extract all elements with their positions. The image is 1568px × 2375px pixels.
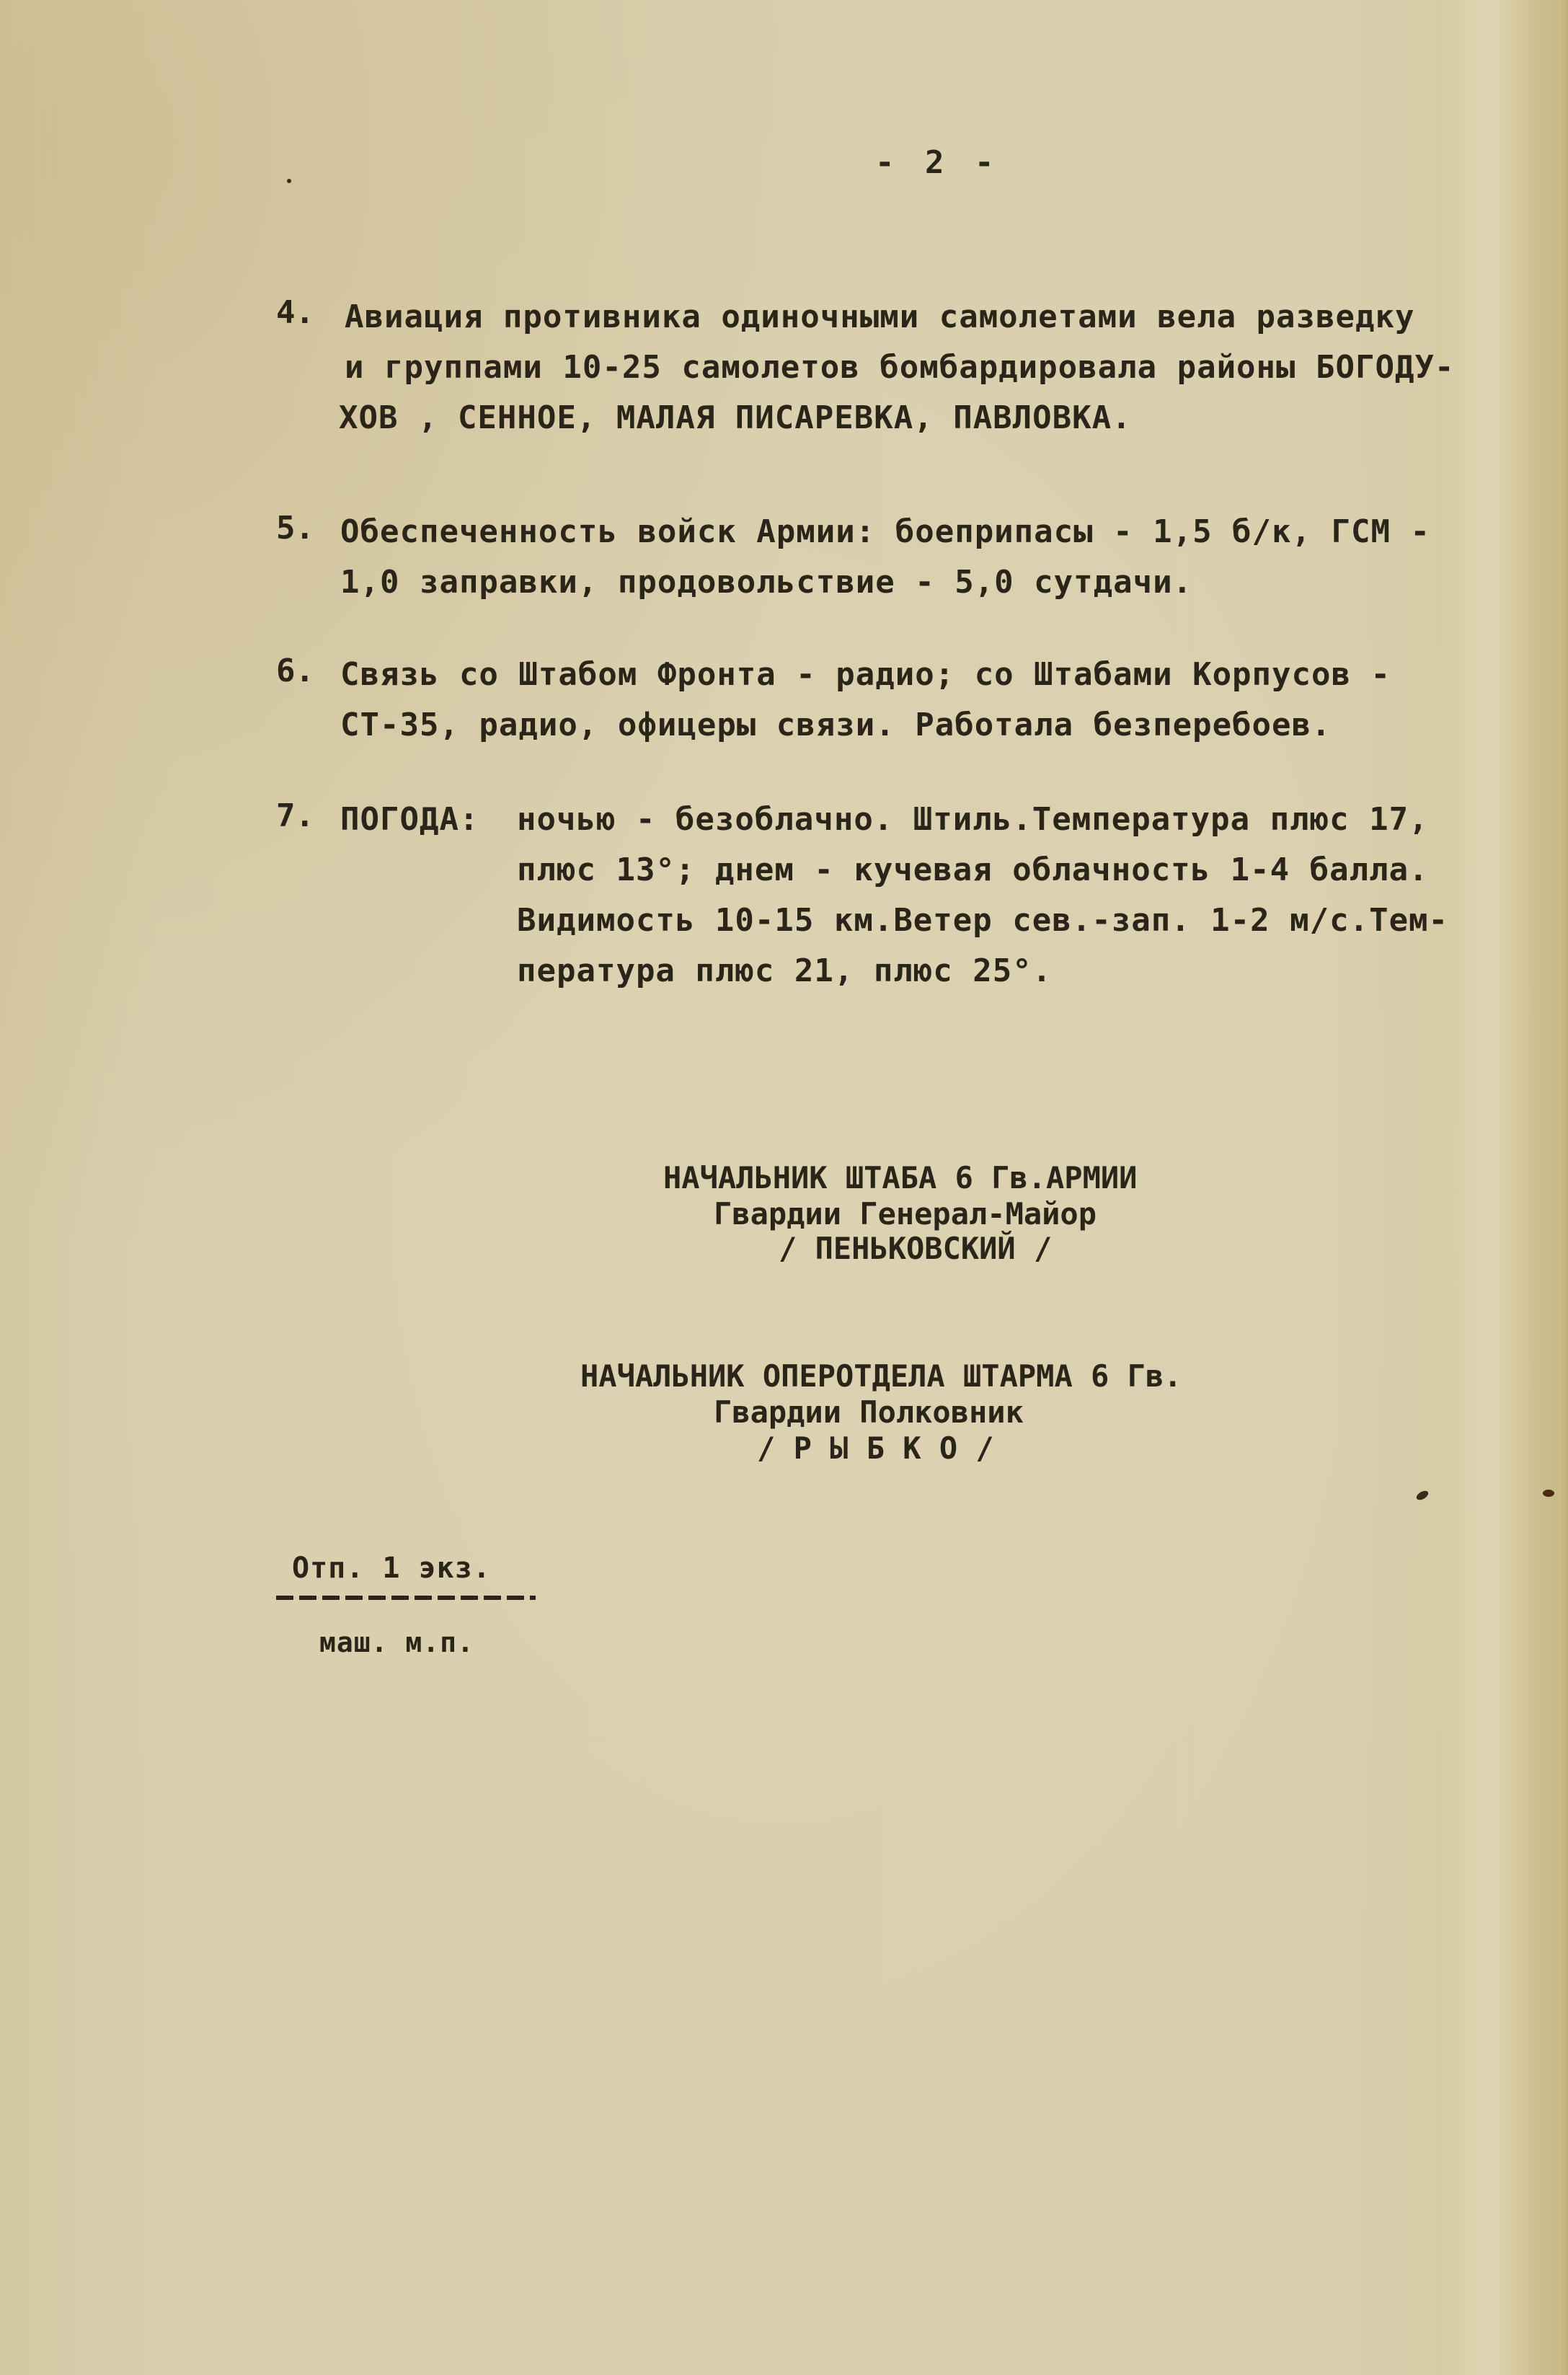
copies-note: Отп. 1 экз. [292, 1543, 491, 1593]
weather-label: ПОГОДА: [340, 795, 479, 845]
signature-rank: Гвардии Генерал-Майор [714, 1197, 1097, 1231]
signature-title: НАЧАЛЬНИК ОПЕРОТДЕЛА ШТАРМА 6 Гв. [580, 1359, 1182, 1394]
item-line: 1,0 заправки, продовольствие - 5,0 сутда… [340, 557, 1192, 608]
item-line: и группами 10-25 самолетов бомбардировал… [345, 342, 1454, 393]
ink-speck [287, 179, 291, 183]
signature-name: / ПЕНЬКОВСКИЙ / [779, 1231, 1052, 1266]
item-number: 7. [276, 797, 314, 834]
item-line: Связь со Штабом Фронта - радио; со Штаба… [340, 650, 1391, 700]
item-line: Авиация противника одиночными самолетами… [345, 292, 1414, 342]
item-number: 5. [276, 510, 314, 547]
signature-title: НАЧАЛЬНИК ШТАБА 6 Гв.АРМИИ [663, 1161, 1137, 1195]
item-line: плюс 13°; днем - кучевая облачность 1-4 … [517, 845, 1429, 895]
signature-name: / Р Ы Б К О / [757, 1431, 994, 1466]
paper-edge [1558, 0, 1568, 2375]
item-line: ночью - безоблачно. Штиль.Температура пл… [517, 795, 1429, 845]
page-number: - 2 - [875, 144, 999, 181]
ink-speck [1543, 1490, 1554, 1497]
item-line: СТ-35, радио, офицеры связи. Работала бе… [340, 700, 1332, 751]
item-line: Видимость 10-15 км.Ветер сев.-зап. 1-2 м… [517, 895, 1448, 946]
item-number: 4. [276, 294, 314, 331]
signature-rank: Гвардии Полковник [714, 1395, 1024, 1430]
item-line: пература плюс 21, плюс 25°. [517, 946, 1052, 996]
item-line: Обеспеченность войск Армии: боеприпасы -… [340, 507, 1430, 557]
item-line: ХОВ , СЕННОЕ, МАЛАЯ ПИСАРЕВКА, ПАВЛОВКА. [339, 393, 1132, 443]
dashed-separator [276, 1596, 536, 1600]
item-number: 6. [276, 653, 314, 689]
typist-note: маш. м.п. [319, 1617, 474, 1668]
